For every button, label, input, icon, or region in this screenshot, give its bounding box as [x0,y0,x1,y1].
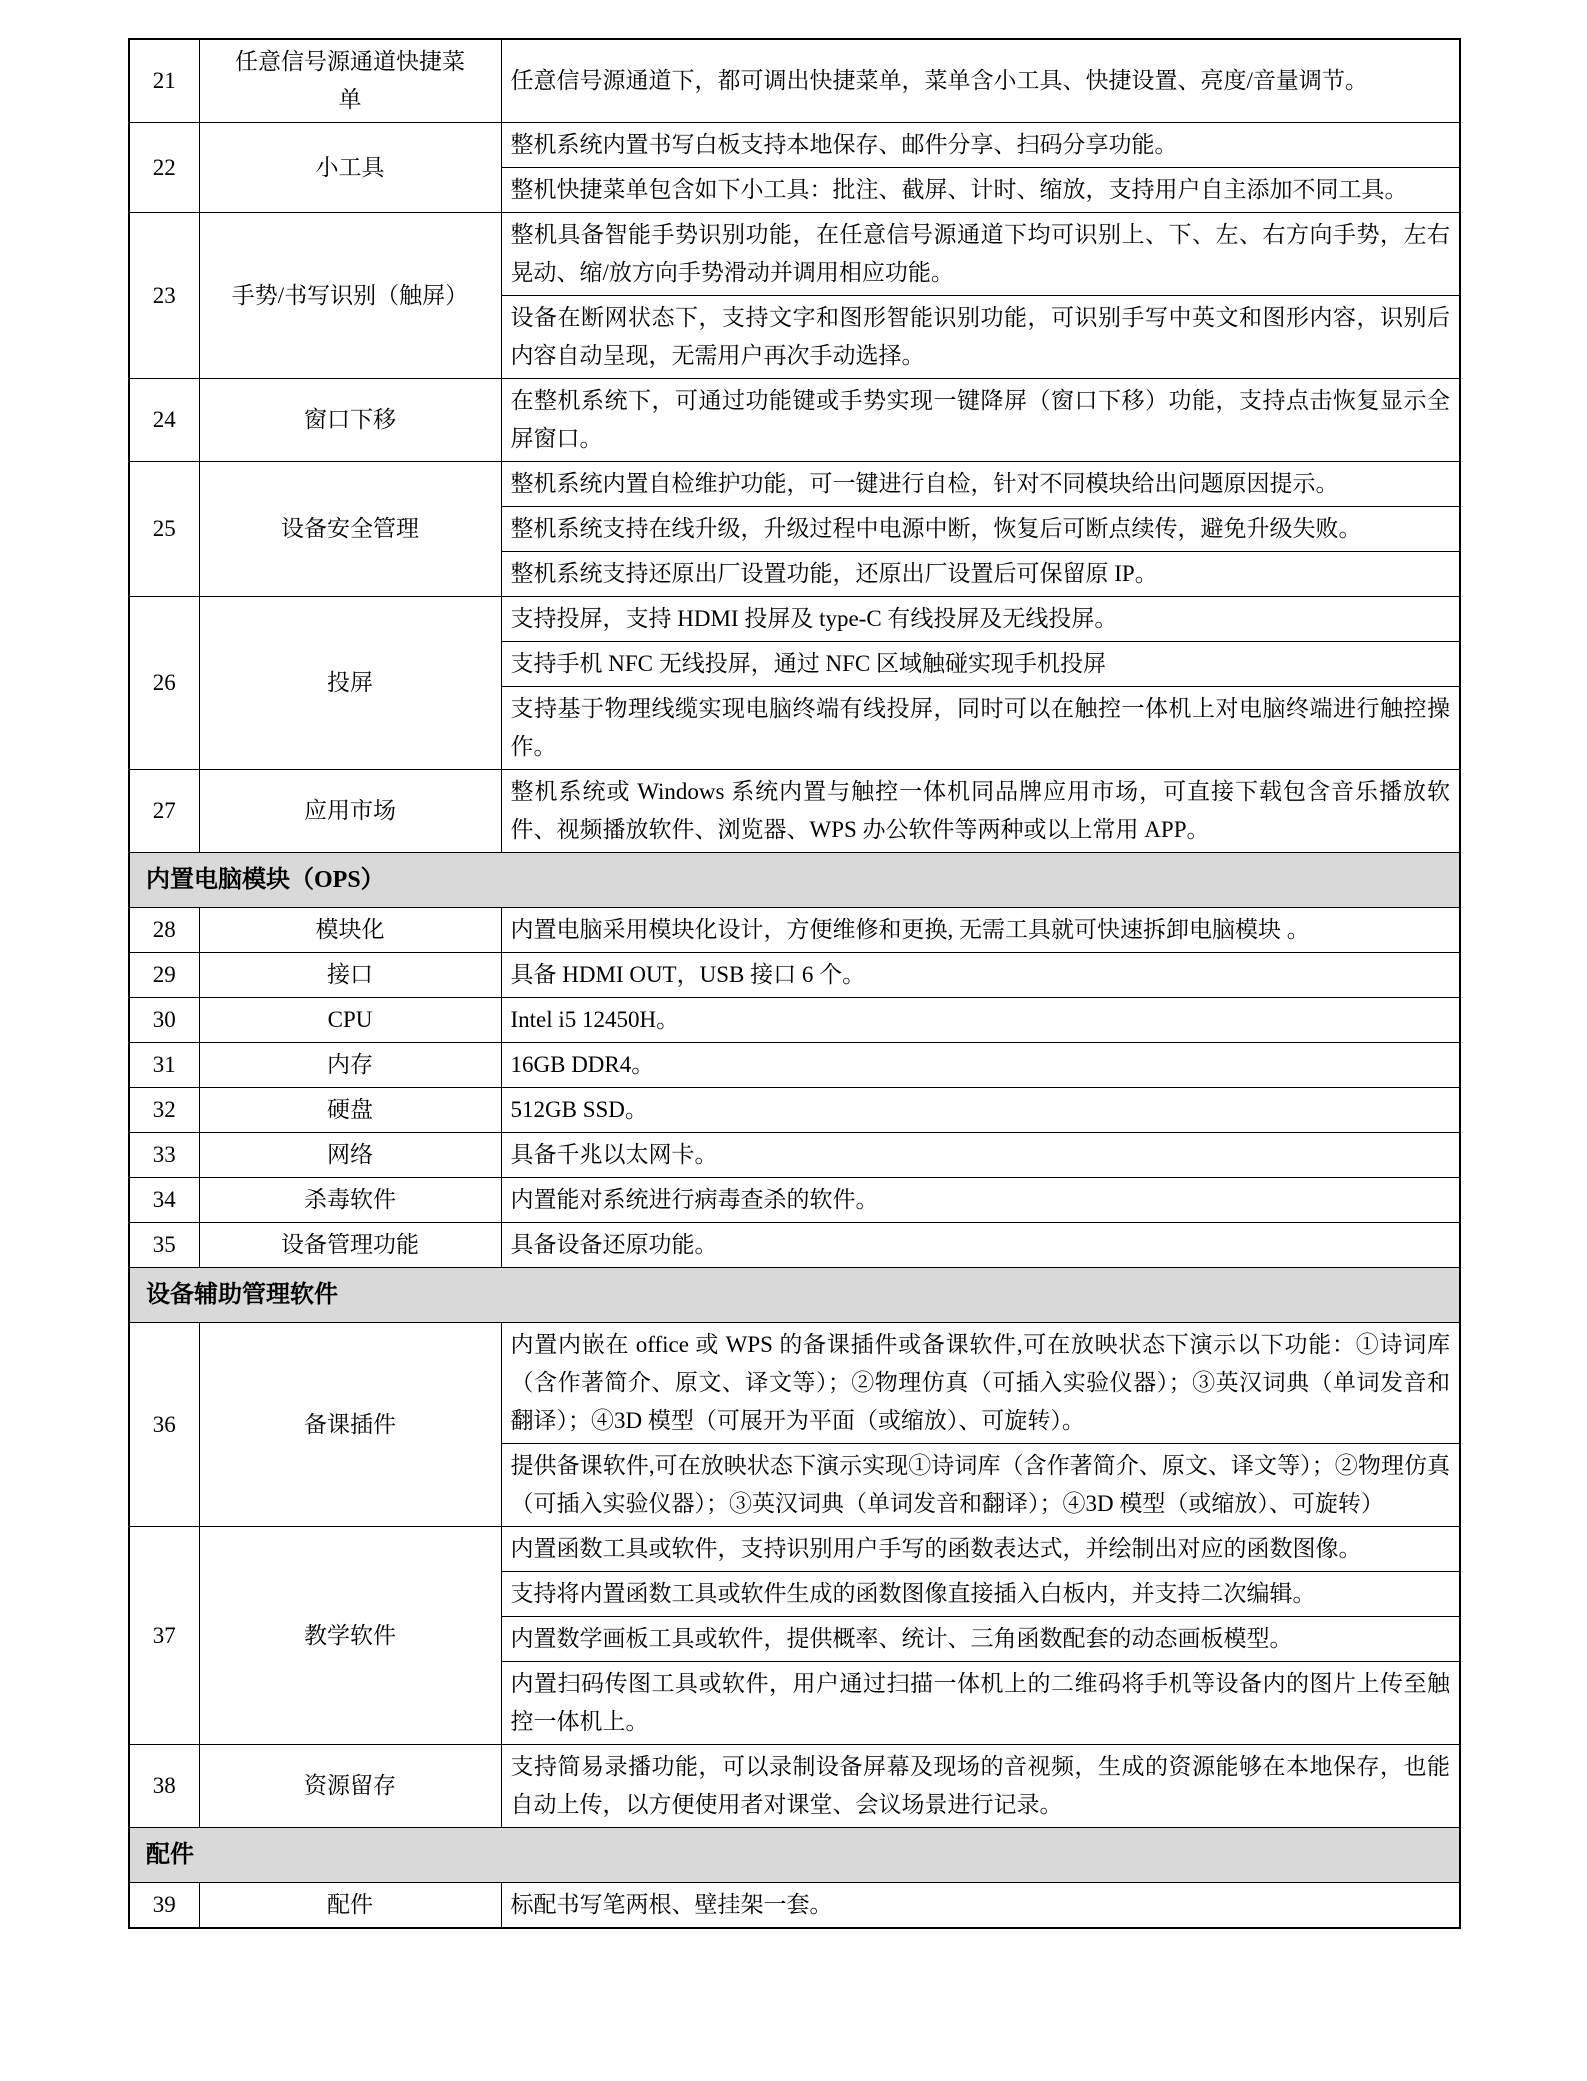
table-row: 35设备管理功能具备设备还原功能。 [129,1223,1460,1268]
description-cell: 具备千兆以太网卡。 [501,1133,1460,1178]
row-number-cell: 36 [129,1323,199,1527]
feature-name-cell: 杀毒软件 [199,1178,501,1223]
feature-name-cell: 教学软件 [199,1527,501,1745]
description-cell: 具备 HDMI OUT，USB 接口 6 个。 [501,953,1460,998]
document-page: 21任意信号源通道快捷菜单任意信号源通道下，都可调出快捷菜单，菜单含小工具、快捷… [0,0,1587,2081]
table-row: 27应用市场整机系统或 Windows 系统内置与触控一体机同品牌应用市场，可直… [129,770,1460,853]
feature-name-cell: 备课插件 [199,1323,501,1527]
row-number-cell: 35 [129,1223,199,1268]
description-cell: 在整机系统下，可通过功能键或手势实现一键降屏（窗口下移）功能，支持点击恢复显示全… [501,379,1460,462]
feature-name-cell: 应用市场 [199,770,501,853]
row-number-cell: 29 [129,953,199,998]
row-number-cell: 28 [129,908,199,953]
table-row: 32硬盘512GB SSD。 [129,1088,1460,1133]
table-row: 31内存16GB DDR4。 [129,1043,1460,1088]
row-number-cell: 30 [129,998,199,1043]
feature-name-cell: 设备安全管理 [199,462,501,597]
feature-name-cell: 内存 [199,1043,501,1088]
row-number-cell: 37 [129,1527,199,1745]
description-cell: 支持基于物理线缆实现电脑终端有线投屏，同时可以在触控一体机上对电脑终端进行触控操… [501,687,1460,770]
description-cell: 内置数学画板工具或软件，提供概率、统计、三角函数配套的动态画板模型。 [501,1617,1460,1662]
table-row: 36备课插件内置内嵌在 office 或 WPS 的备课插件或备课软件,可在放映… [129,1323,1460,1444]
description-cell: 512GB SSD。 [501,1088,1460,1133]
description-cell: 支持投屏，支持 HDMI 投屏及 type-C 有线投屏及无线投屏。 [501,597,1460,642]
table-row: 39配件标配书写笔两根、壁挂架一套。 [129,1883,1460,1929]
table-row: 38资源留存支持简易录播功能，可以录制设备屏幕及现场的音视频，生成的资源能够在本… [129,1745,1460,1828]
description-cell: 任意信号源通道下，都可调出快捷菜单，菜单含小工具、快捷设置、亮度/音量调节。 [501,39,1460,123]
row-number-cell: 39 [129,1883,199,1929]
feature-name-cell: 接口 [199,953,501,998]
section-header: 内置电脑模块（OPS） [129,853,1460,908]
section-row: 设备辅助管理软件 [129,1268,1460,1323]
feature-name-cell: CPU [199,998,501,1043]
feature-name-cell: 模块化 [199,908,501,953]
description-cell: Intel i5 12450H。 [501,998,1460,1043]
row-number-cell: 24 [129,379,199,462]
description-cell: 整机系统支持在线升级，升级过程中电源中断，恢复后可断点续传，避免升级失败。 [501,507,1460,552]
description-cell: 整机系统或 Windows 系统内置与触控一体机同品牌应用市场，可直接下载包含音… [501,770,1460,853]
specification-table-body: 21任意信号源通道快捷菜单任意信号源通道下，都可调出快捷菜单，菜单含小工具、快捷… [129,39,1460,1928]
table-row: 26投屏支持投屏，支持 HDMI 投屏及 type-C 有线投屏及无线投屏。 [129,597,1460,642]
description-cell: 整机快捷菜单包含如下小工具：批注、截屏、计时、缩放，支持用户自主添加不同工具。 [501,168,1460,213]
row-number-cell: 33 [129,1133,199,1178]
section-row: 内置电脑模块（OPS） [129,853,1460,908]
table-row: 22小工具整机系统内置书写白板支持本地保存、邮件分享、扫码分享功能。 [129,123,1460,168]
description-cell: 设备在断网状态下，支持文字和图形智能识别功能，可识别手写中英文和图形内容，识别后… [501,296,1460,379]
description-cell: 内置内嵌在 office 或 WPS 的备课插件或备课软件,可在放映状态下演示以… [501,1323,1460,1444]
row-number-cell: 26 [129,597,199,770]
table-row: 23手势/书写识别（触屏）整机具备智能手势识别功能，在任意信号源通道下均可识别上… [129,213,1460,296]
description-cell: 支持手机 NFC 无线投屏，通过 NFC 区域触碰实现手机投屏 [501,642,1460,687]
table-row: 21任意信号源通道快捷菜单任意信号源通道下，都可调出快捷菜单，菜单含小工具、快捷… [129,39,1460,123]
description-cell: 标配书写笔两根、壁挂架一套。 [501,1883,1460,1929]
table-row: 24窗口下移在整机系统下，可通过功能键或手势实现一键降屏（窗口下移）功能，支持点… [129,379,1460,462]
description-cell: 整机系统内置自检维护功能，可一键进行自检，针对不同模块给出问题原因提示。 [501,462,1460,507]
row-number-cell: 32 [129,1088,199,1133]
row-number-cell: 25 [129,462,199,597]
feature-name-cell: 硬盘 [199,1088,501,1133]
table-row: 30CPUIntel i5 12450H。 [129,998,1460,1043]
description-cell: 内置能对系统进行病毒查杀的软件。 [501,1178,1460,1223]
feature-name-cell: 网络 [199,1133,501,1178]
section-header: 设备辅助管理软件 [129,1268,1460,1323]
description-cell: 整机系统支持还原出厂设置功能，还原出厂设置后可保留原 IP。 [501,552,1460,597]
feature-name-cell: 小工具 [199,123,501,213]
table-row: 37教学软件内置函数工具或软件，支持识别用户手写的函数表达式，并绘制出对应的函数… [129,1527,1460,1572]
table-row: 25设备安全管理整机系统内置自检维护功能，可一键进行自检，针对不同模块给出问题原… [129,462,1460,507]
section-row: 配件 [129,1828,1460,1883]
row-number-cell: 31 [129,1043,199,1088]
row-number-cell: 22 [129,123,199,213]
specification-table: 21任意信号源通道快捷菜单任意信号源通道下，都可调出快捷菜单，菜单含小工具、快捷… [128,38,1461,1929]
section-header: 配件 [129,1828,1460,1883]
feature-name-cell: 窗口下移 [199,379,501,462]
description-cell: 内置电脑采用模块化设计，方便维修和更换, 无需工具就可快速拆卸电脑模块 。 [501,908,1460,953]
feature-name-cell: 设备管理功能 [199,1223,501,1268]
row-number-cell: 23 [129,213,199,379]
feature-name-cell: 手势/书写识别（触屏） [199,213,501,379]
description-cell: 支持简易录播功能，可以录制设备屏幕及现场的音视频，生成的资源能够在本地保存，也能… [501,1745,1460,1828]
description-cell: 内置扫码传图工具或软件，用户通过扫描一体机上的二维码将手机等设备内的图片上传至触… [501,1662,1460,1745]
description-cell: 整机系统内置书写白板支持本地保存、邮件分享、扫码分享功能。 [501,123,1460,168]
row-number-cell: 38 [129,1745,199,1828]
feature-name-cell: 配件 [199,1883,501,1929]
row-number-cell: 34 [129,1178,199,1223]
table-row: 33网络具备千兆以太网卡。 [129,1133,1460,1178]
description-cell: 整机具备智能手势识别功能，在任意信号源通道下均可识别上、下、左、右方向手势，左右… [501,213,1460,296]
feature-name-cell: 投屏 [199,597,501,770]
row-number-cell: 27 [129,770,199,853]
description-cell: 提供备课软件,可在放映状态下演示实现①诗词库（含作著简介、原文、译文等）；②物理… [501,1444,1460,1527]
table-row: 29接口具备 HDMI OUT，USB 接口 6 个。 [129,953,1460,998]
feature-name-cell: 任意信号源通道快捷菜单 [199,39,501,123]
description-cell: 内置函数工具或软件，支持识别用户手写的函数表达式，并绘制出对应的函数图像。 [501,1527,1460,1572]
table-row: 28模块化内置电脑采用模块化设计，方便维修和更换, 无需工具就可快速拆卸电脑模块… [129,908,1460,953]
description-cell: 16GB DDR4。 [501,1043,1460,1088]
table-row: 34杀毒软件内置能对系统进行病毒查杀的软件。 [129,1178,1460,1223]
feature-name-cell: 资源留存 [199,1745,501,1828]
description-cell: 支持将内置函数工具或软件生成的函数图像直接插入白板内，并支持二次编辑。 [501,1572,1460,1617]
row-number-cell: 21 [129,39,199,123]
description-cell: 具备设备还原功能。 [501,1223,1460,1268]
